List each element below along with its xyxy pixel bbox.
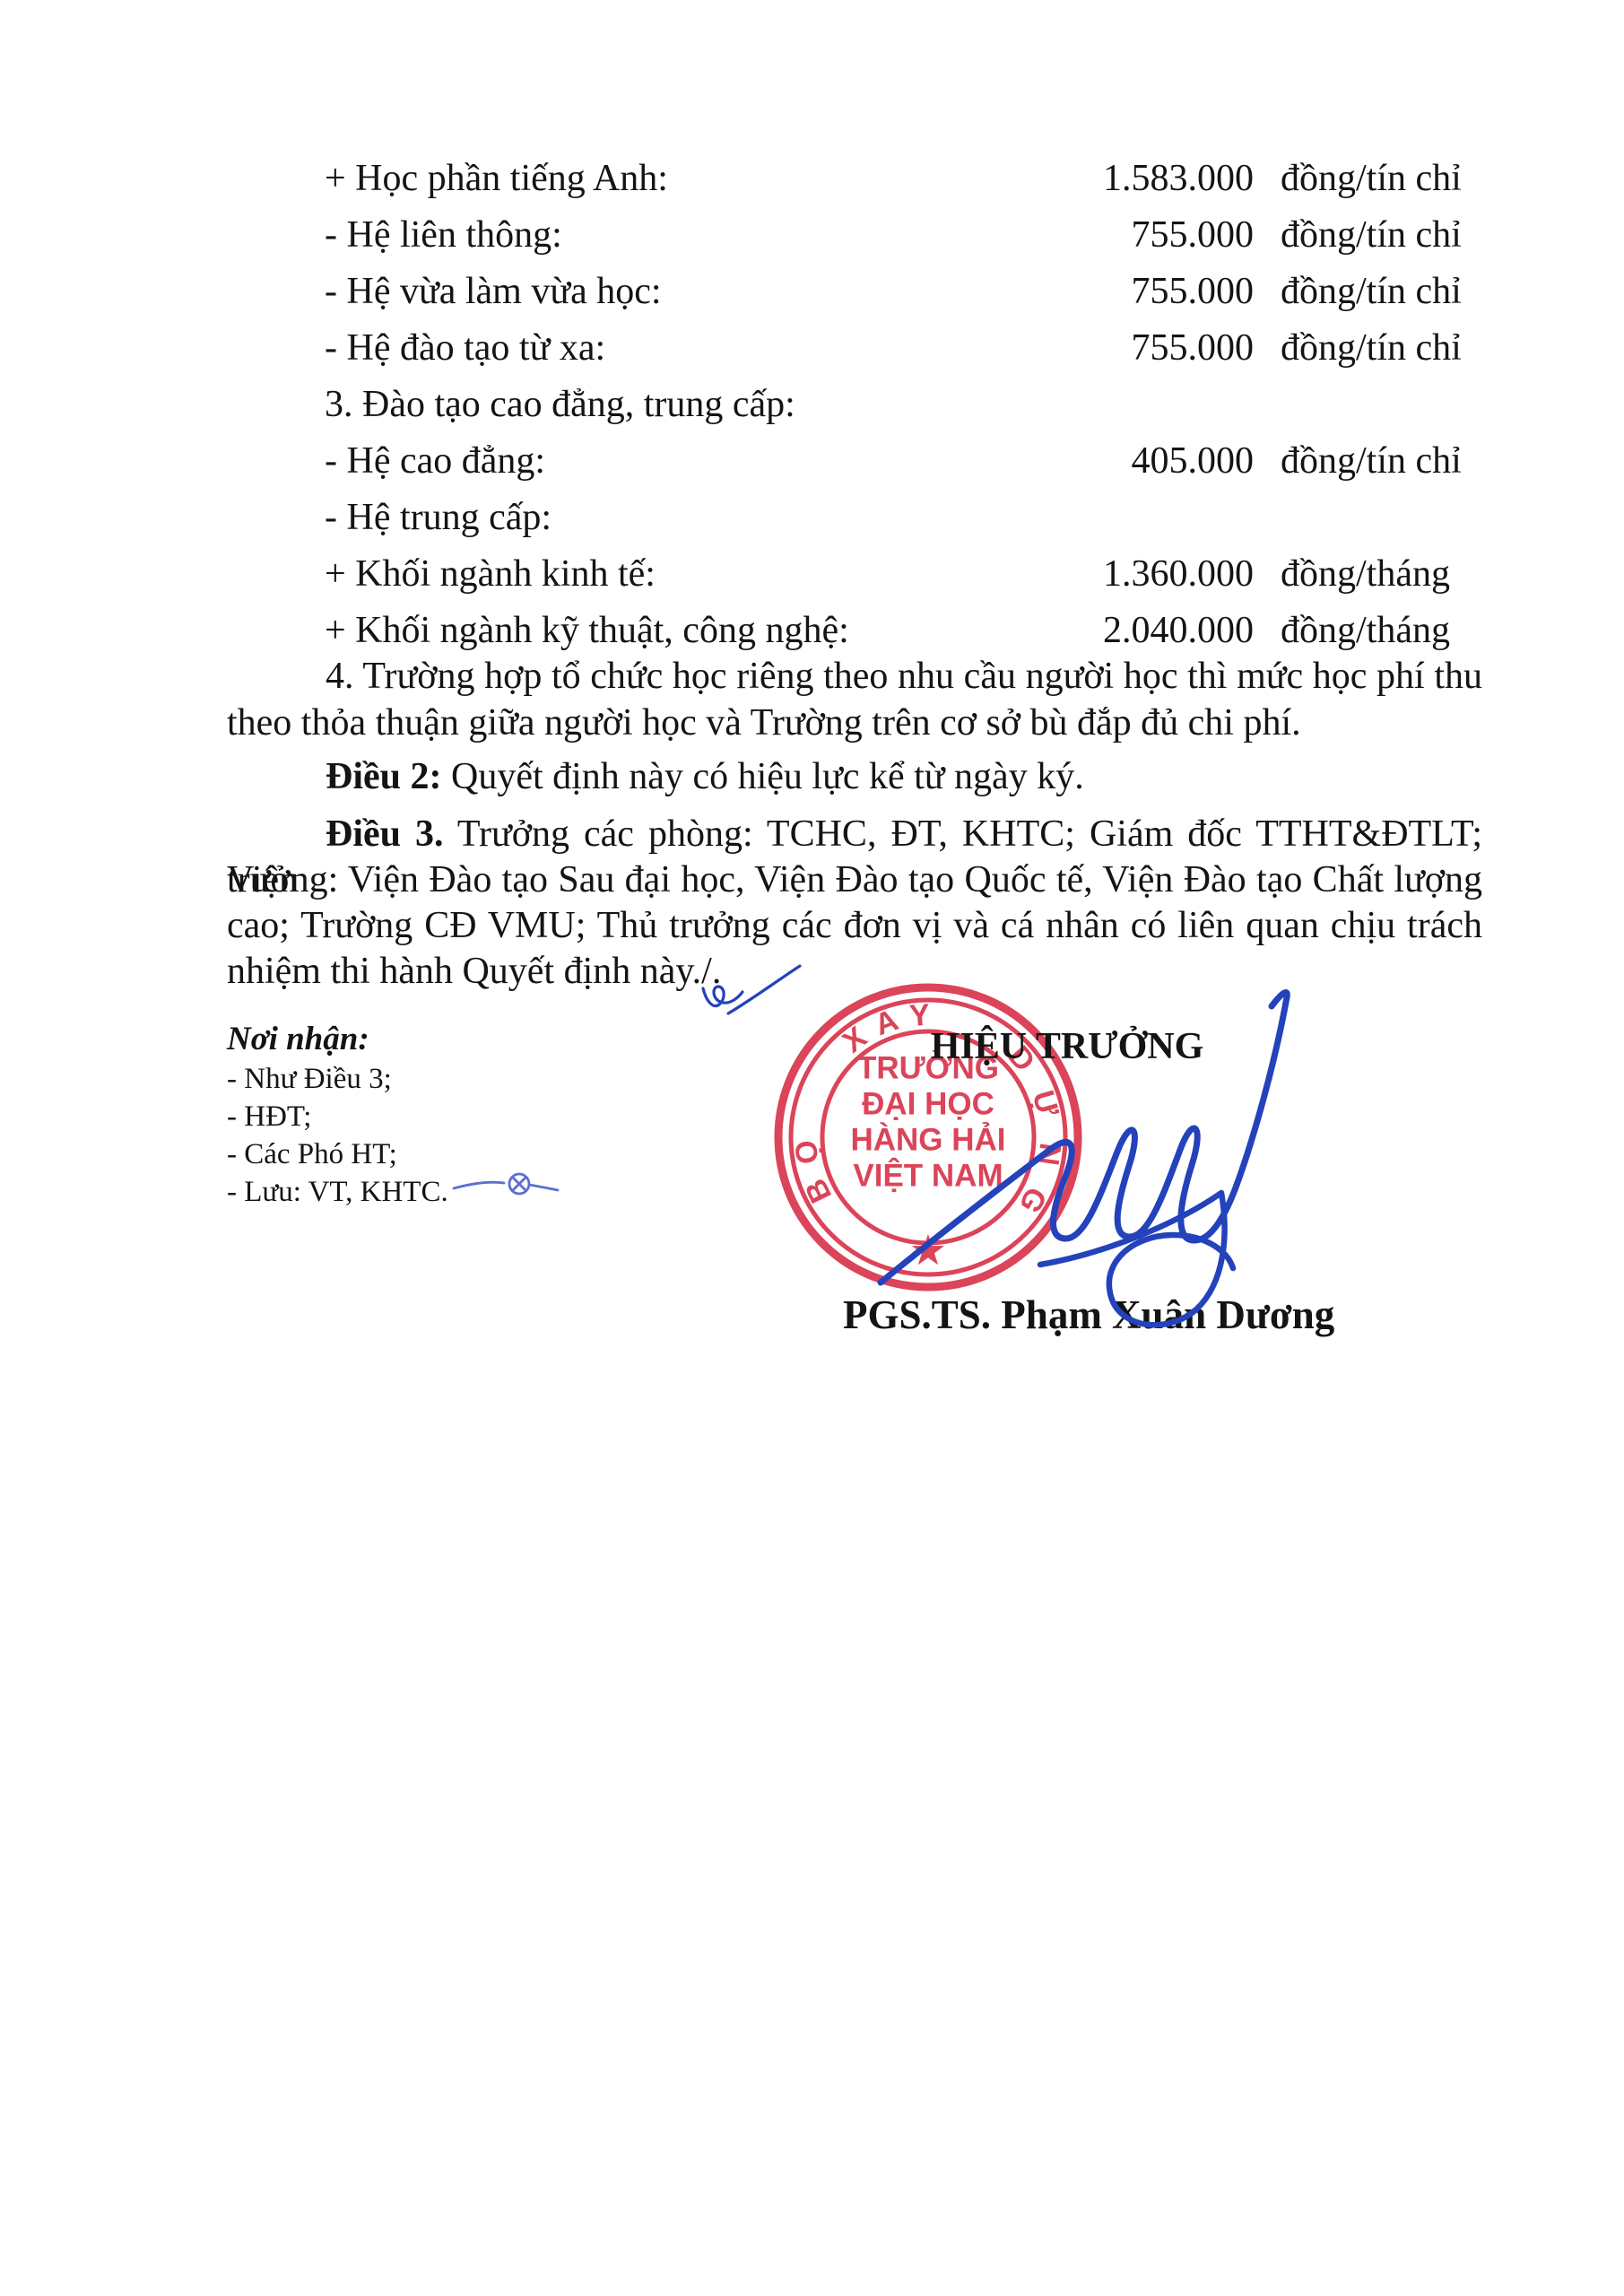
- paragraph-line: Điều 3. Trưởng các phòng: TCHC, ĐT, KHTC…: [227, 812, 1482, 857]
- fee-label: + Học phần tiếng Anh:: [325, 151, 668, 207]
- fee-row: - Hệ trung cấp:: [0, 490, 1624, 546]
- article-text: Quyết định này có hiệu lực kể từ ngày ký…: [442, 756, 1084, 797]
- paragraph-line: theo thỏa thuận giữa người học và Trường…: [227, 700, 1482, 746]
- fee-row: + Khối ngành kinh tế: 1.360.000 đồng/thá…: [0, 546, 1624, 603]
- recipient-item: - Lưu: VT, KHTC.: [227, 1173, 448, 1211]
- fee-row: - Hệ đào tạo từ xa: 755.000 đồng/tín chỉ: [0, 320, 1624, 377]
- fee-row: - Hệ cao đẳng: 405.000 đồng/tín chỉ: [0, 433, 1624, 490]
- article-label: Điều 2:: [326, 756, 442, 797]
- handwritten-signature: [834, 967, 1336, 1344]
- fee-label: + Khối ngành kỹ thuật, công nghệ:: [325, 603, 849, 659]
- fee-amount: 755.000: [897, 207, 1254, 264]
- initial-paraph-icon: [690, 958, 807, 1025]
- paragraph-line: trưởng: Viện Đào tạo Sau đại học, Viện Đ…: [227, 857, 1482, 903]
- paragraph-line: 4. Trường hợp tổ chức học riêng theo nhu…: [227, 653, 1482, 700]
- fee-label: 3. Đào tạo cao đẳng, trung cấp:: [325, 377, 795, 433]
- fee-label: - Hệ liên thông:: [325, 207, 562, 264]
- fee-section-row: 3. Đào tạo cao đẳng, trung cấp:: [0, 377, 1624, 433]
- paragraph-line: cao; Trường CĐ VMU; Thủ trưởng các đơn v…: [227, 903, 1482, 949]
- fee-label: + Khối ngành kinh tế:: [325, 546, 656, 603]
- fee-row: - Hệ vừa làm vừa học: 755.000 đồng/tín c…: [0, 264, 1624, 320]
- fee-unit: đồng/tín chỉ: [1281, 433, 1462, 490]
- fee-label: - Hệ cao đẳng:: [325, 433, 545, 490]
- paragraph-dieu-2: Điều 2: Quyết định này có hiệu lực kể từ…: [227, 753, 1482, 800]
- initial-paraph-icon: [448, 1162, 565, 1207]
- fee-unit: đồng/tín chỉ: [1281, 151, 1462, 207]
- fee-amount: 755.000: [897, 320, 1254, 377]
- fee-amount: 2.040.000: [897, 603, 1254, 659]
- recipient-item: - Các Phó HT;: [227, 1135, 448, 1173]
- fee-unit: đồng/tháng: [1281, 546, 1450, 603]
- fee-label: - Hệ trung cấp:: [325, 490, 551, 546]
- recipient-item: - HĐT;: [227, 1098, 448, 1135]
- fee-unit: đồng/tín chỉ: [1281, 207, 1462, 264]
- fee-row: - Hệ liên thông: 755.000 đồng/tín chỉ: [0, 207, 1624, 264]
- document-page: + Học phần tiếng Anh: 1.583.000 đồng/tín…: [0, 0, 1624, 2296]
- recipients-block: Nơi nhận: - Như Điều 3; - HĐT; - Các Phó…: [227, 1019, 448, 1211]
- fee-unit: đồng/tháng: [1281, 603, 1450, 659]
- fee-amount: 1.583.000: [897, 151, 1254, 207]
- paragraph-item-4: 4. Trường hợp tổ chức học riêng theo nhu…: [227, 653, 1482, 746]
- fee-amount: 1.360.000: [897, 546, 1254, 603]
- recipient-item: - Như Điều 3;: [227, 1060, 448, 1098]
- stamp-ring-letter: Ộ: [788, 1138, 826, 1166]
- fee-unit: đồng/tín chỉ: [1281, 320, 1462, 377]
- fee-unit: đồng/tín chỉ: [1281, 264, 1462, 320]
- fee-label: - Hệ vừa làm vừa học:: [325, 264, 662, 320]
- fee-amount: 755.000: [897, 264, 1254, 320]
- recipients-title: Nơi nhận:: [227, 1019, 448, 1060]
- fee-amount: 405.000: [897, 433, 1254, 490]
- article-label: Điều 3.: [326, 813, 444, 855]
- fee-table: + Học phần tiếng Anh: 1.583.000 đồng/tín…: [0, 151, 1624, 659]
- paragraph-line: Điều 2: Quyết định này có hiệu lực kể từ…: [227, 753, 1482, 800]
- fee-row: + Khối ngành kỹ thuật, công nghệ: 2.040.…: [0, 603, 1624, 659]
- fee-label: - Hệ đào tạo từ xa:: [325, 320, 605, 377]
- fee-row: + Học phần tiếng Anh: 1.583.000 đồng/tín…: [0, 151, 1624, 207]
